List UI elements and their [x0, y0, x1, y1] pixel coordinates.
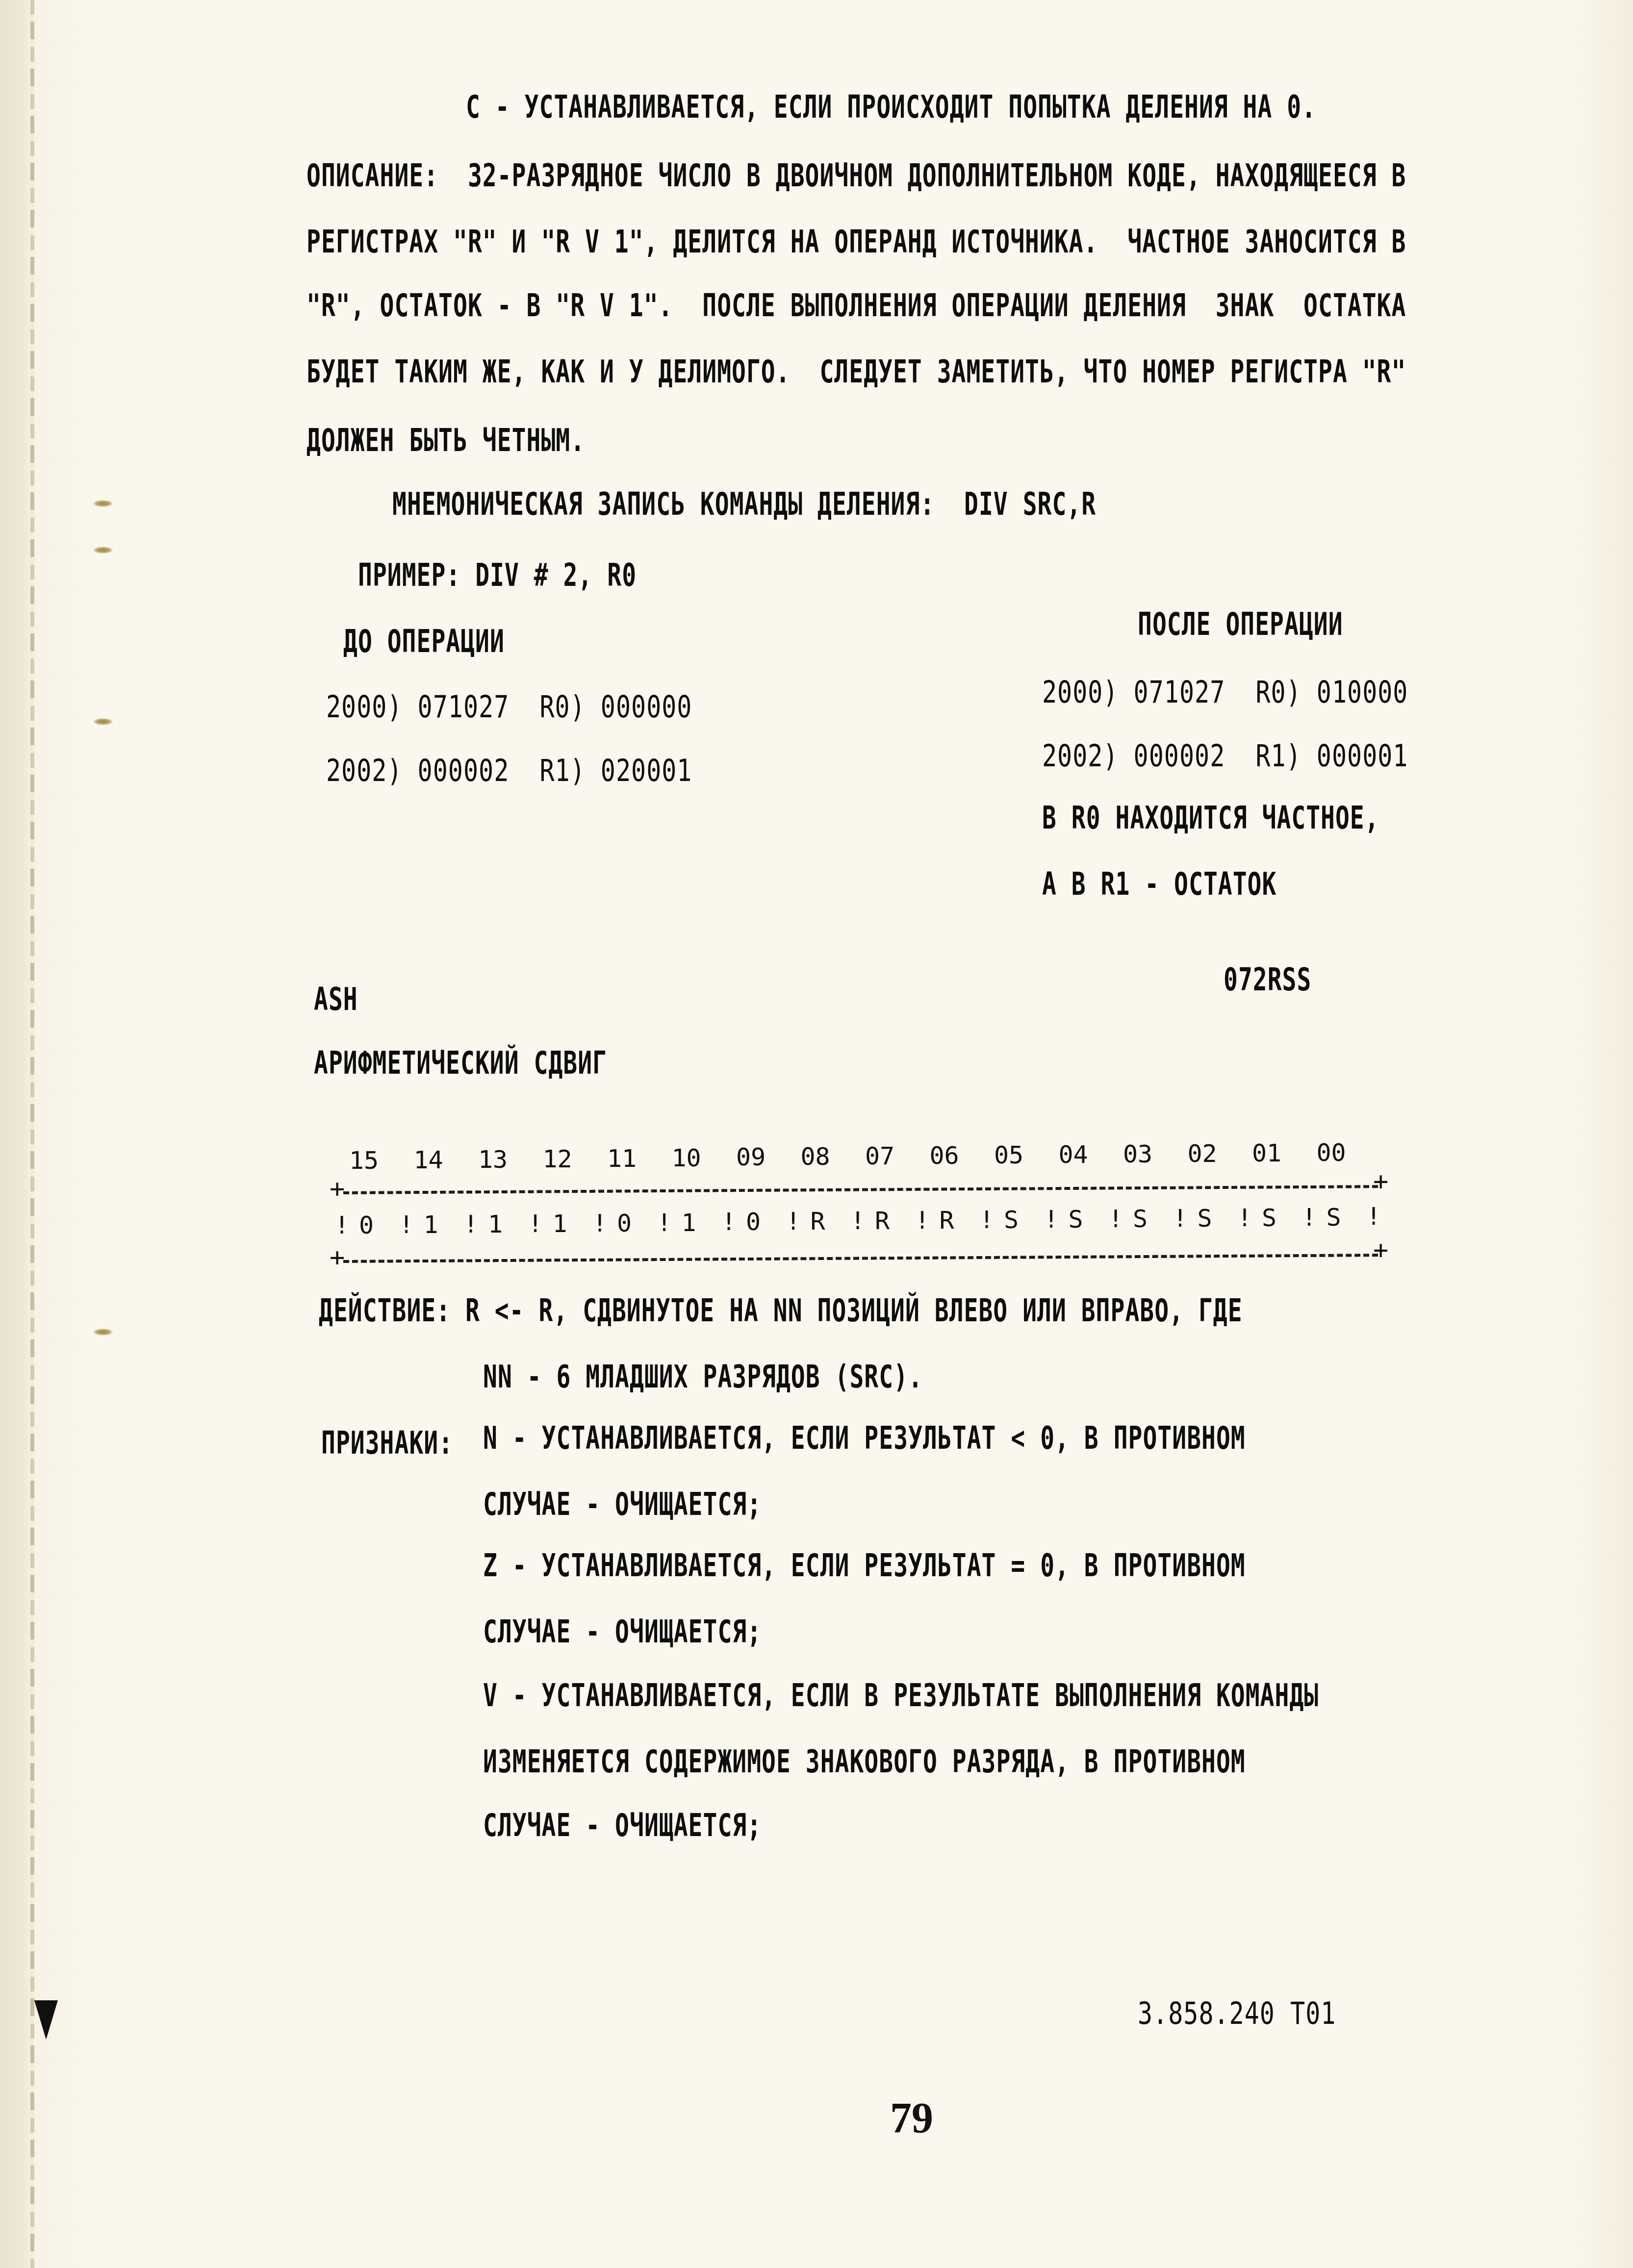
bit-value: 0	[359, 1211, 374, 1239]
bit-number: 14	[414, 1146, 443, 1174]
bit-separator: !	[850, 1207, 865, 1235]
bit-separator: !	[1302, 1203, 1317, 1232]
bit-value: 1	[424, 1210, 438, 1239]
bit-value: 0	[617, 1209, 632, 1237]
bit-separator: !	[463, 1210, 478, 1238]
border-line	[343, 1185, 1378, 1194]
before-row: 2000) 071027 R0) 000000	[326, 689, 692, 725]
bit-value: S	[1004, 1206, 1019, 1234]
bit-value: 0	[746, 1208, 761, 1236]
bit-separator: !	[786, 1207, 801, 1235]
bit-separator: !	[334, 1211, 349, 1239]
action-line: ДЕЙСТВИЕ: R <- R, СДВИНУТОЕ НА NN ПОЗИЦИ…	[319, 1292, 1243, 1329]
bit-value: 1	[553, 1210, 567, 1238]
bit-value: 1	[682, 1209, 696, 1237]
bit-number: 11	[607, 1144, 637, 1173]
bit-separator: !	[1366, 1202, 1381, 1231]
bit-value: S	[1262, 1204, 1276, 1232]
description-line: ОПИСАНИЕ: 32-РАЗРЯДНОЕ ЧИСЛО В ДВОИЧНОМ …	[306, 157, 1406, 194]
bit-number: 01	[1252, 1139, 1281, 1167]
ash-opcode: 072RSS	[1224, 961, 1311, 998]
ash-mnemonic: ASH	[314, 981, 358, 1018]
ash-title: АРИФМЕТИЧЕСКИЙ СДВИГ	[314, 1044, 607, 1082]
bit-number: 05	[994, 1141, 1023, 1169]
page-number: 79	[890, 2093, 933, 2143]
bit-value: S	[1327, 1203, 1341, 1232]
description-line: РЕГИСТРАХ "R" И "R V 1", ДЕЛИТСЯ НА ОПЕР…	[306, 223, 1406, 260]
bit-separator: !	[915, 1206, 930, 1235]
bit-value: S	[1069, 1205, 1083, 1234]
flag-line: СЛУЧАЕ - ОЧИЩАЕТСЯ;	[483, 1807, 762, 1844]
triangle-marker-icon	[34, 2000, 58, 2040]
description-line: "R", ОСТАТОК - В "R V 1". ПОСЛЕ ВЫПОЛНЕН…	[306, 287, 1406, 324]
bit-value: S	[1198, 1204, 1212, 1233]
flag-line: N - УСТАНАВЛИВАЕТСЯ, ЕСЛИ РЕЗУЛЬТАТ < 0,…	[483, 1419, 1246, 1457]
bit-number: 10	[672, 1144, 701, 1172]
description-line: БУДЕТ ТАКИМ ЖЕ, КАК И У ДЕЛИМОГО. СЛЕДУЕ…	[306, 353, 1406, 390]
bit-number: 00	[1317, 1138, 1346, 1167]
bit-number: 07	[865, 1142, 894, 1170]
corner-plus: +	[1373, 1167, 1388, 1196]
flag-line: ИЗМЕНЯЕТСЯ СОДЕРЖИМОЕ ЗНАКОВОГО РАЗРЯДА,…	[483, 1743, 1246, 1780]
scanned-page: C - УСТАНАВЛИВАЕТСЯ, ЕСЛИ ПРОИСХОДИТ ПОП…	[0, 0, 1633, 2268]
after-heading: ПОСЛЕ ОПЕРАЦИИ	[1138, 605, 1343, 643]
example-text: ПРИМЕР: DIV # 2, R0	[358, 556, 637, 594]
bit-number: 13	[478, 1145, 508, 1174]
corner-plus: +	[330, 1243, 345, 1272]
bit-separator: !	[592, 1209, 607, 1237]
after-note: А В R1 - ОСТАТОК	[1042, 865, 1276, 903]
before-heading: ДО ОПЕРАЦИИ	[343, 623, 505, 660]
bit-value: R	[875, 1207, 890, 1235]
flag-line: СЛУЧАЕ - ОЧИЩАЕТСЯ;	[483, 1613, 762, 1650]
bit-number: 08	[801, 1142, 830, 1171]
bit-value: R	[811, 1207, 825, 1235]
bit-value: R	[940, 1206, 954, 1235]
bit-separator: !	[1108, 1205, 1123, 1233]
border-line	[343, 1254, 1378, 1263]
bit-value: 1	[488, 1210, 503, 1238]
bit-number: 09	[736, 1143, 765, 1171]
after-row: 2002) 000002 R1) 000001	[1042, 738, 1408, 774]
binding-hole	[93, 1329, 113, 1336]
binding-hole	[93, 718, 113, 725]
bit-separator: !	[1237, 1204, 1252, 1232]
flag-line: СЛУЧАЕ - ОЧИЩАЕТСЯ;	[483, 1486, 762, 1523]
after-row: 2000) 071027 R0) 010000	[1042, 675, 1408, 710]
flag-c-text: C - УСТАНАВЛИВАЕТСЯ, ЕСЛИ ПРОИСХОДИТ ПОП…	[466, 88, 1316, 126]
corner-plus: +	[1373, 1235, 1388, 1265]
bit-number: 15	[349, 1146, 379, 1175]
bit-number: 06	[930, 1141, 959, 1170]
corner-plus: +	[330, 1174, 345, 1204]
description-line: ДОЛЖЕН БЫТЬ ЧЕТНЫМ.	[306, 422, 585, 459]
bit-value: S	[1133, 1205, 1148, 1233]
bit-separator: !	[721, 1208, 736, 1236]
bit-separator: !	[399, 1210, 414, 1239]
bit-number: 02	[1188, 1139, 1217, 1168]
bit-separator: !	[1173, 1204, 1188, 1233]
bit-number: 04	[1059, 1140, 1088, 1169]
after-note: В R0 НАХОДИТСЯ ЧАСТНОЕ,	[1042, 799, 1379, 836]
bit-separator: !	[1044, 1205, 1059, 1234]
bit-number: 03	[1123, 1140, 1152, 1168]
flags-label: ПРИЗНАКИ:	[321, 1424, 453, 1462]
flag-line: V - УСТАНАВЛИВАЕТСЯ, ЕСЛИ В РЕЗУЛЬТАТЕ В…	[483, 1677, 1319, 1714]
bit-number: 12	[543, 1145, 572, 1173]
binding-edge	[30, 0, 34, 2268]
flag-line: Z - УСТАНАВЛИВАЕТСЯ, ЕСЛИ РЕЗУЛЬТАТ = 0,…	[483, 1547, 1246, 1584]
action-line: NN - 6 МЛАДШИХ РАЗРЯДОВ (SRC).	[483, 1358, 923, 1395]
bit-separator: !	[528, 1210, 543, 1238]
document-code: 3.858.240 T01	[1138, 1996, 1336, 2032]
binding-hole	[93, 547, 113, 554]
before-row: 2002) 000002 R1) 020001	[326, 753, 692, 789]
bit-separator: !	[657, 1209, 672, 1237]
bit-separator: !	[979, 1206, 994, 1234]
binding-hole	[93, 500, 113, 507]
mnemonic-text: МНЕМОНИЧЕСКАЯ ЗАПИСЬ КОМАНДЫ ДЕЛЕНИЯ: DI…	[392, 485, 1096, 523]
